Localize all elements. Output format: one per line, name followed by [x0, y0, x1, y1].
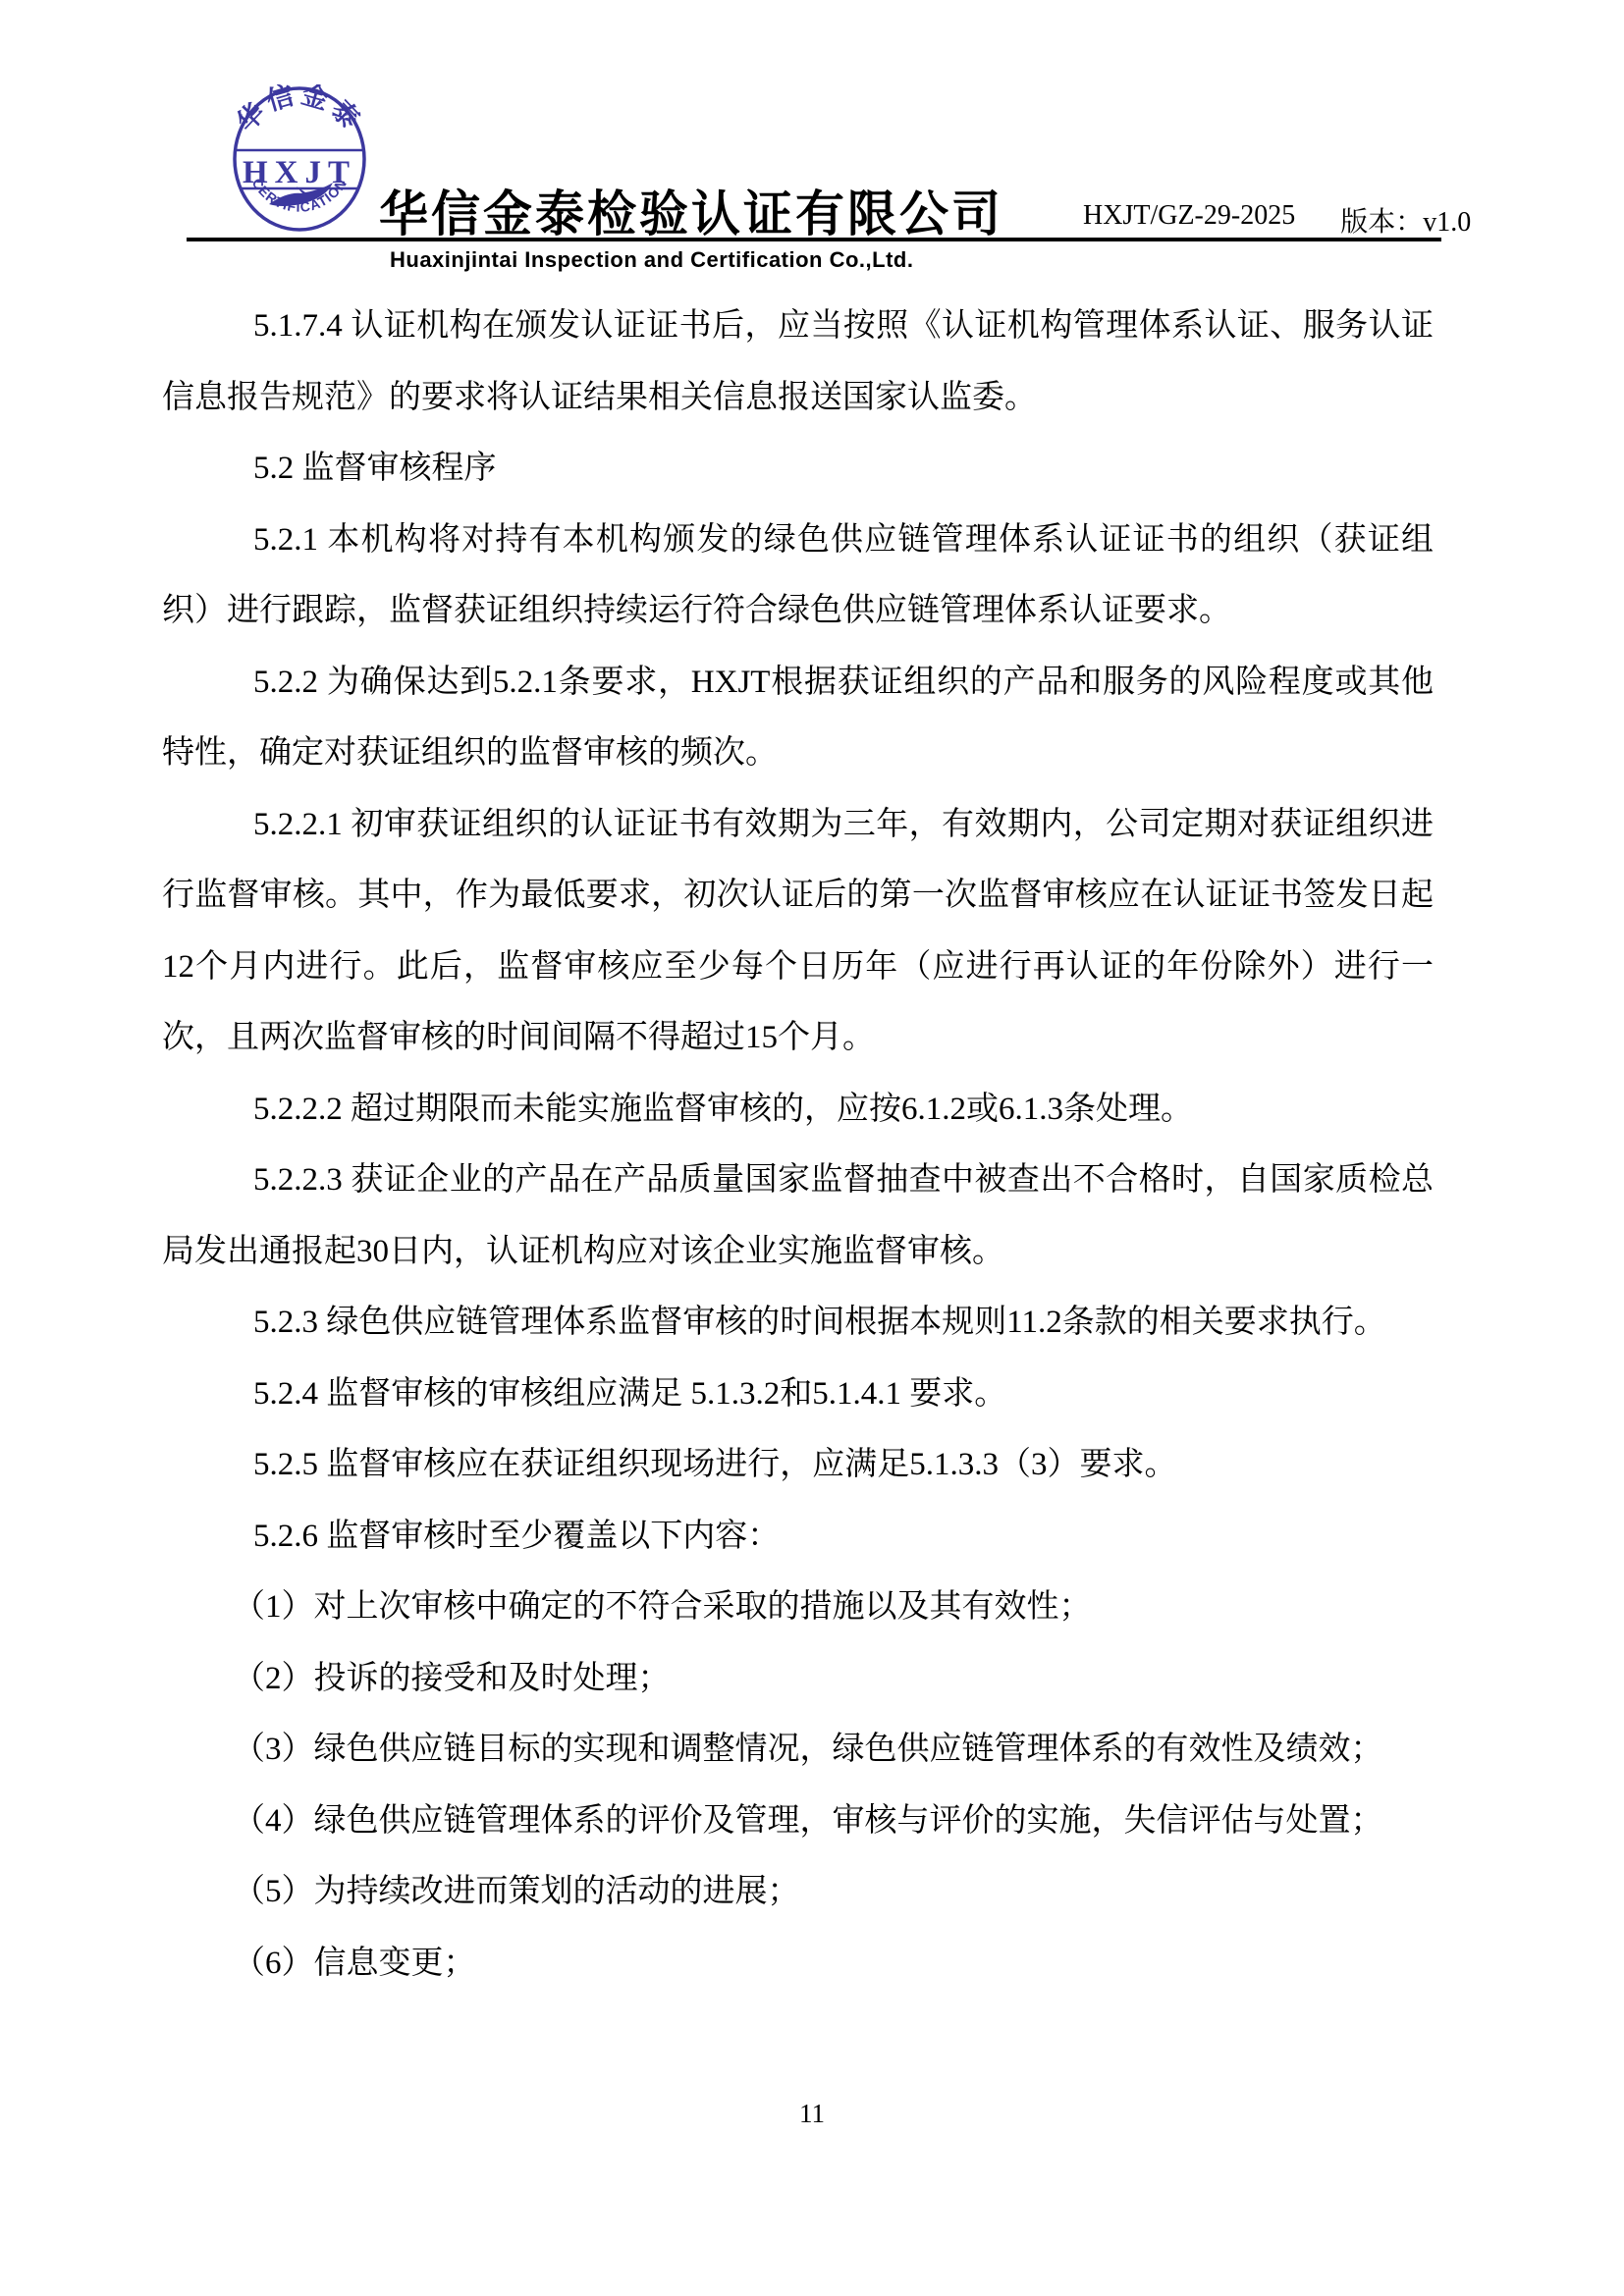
list-item: （2）投诉的接受和及时处理； [162, 1643, 1434, 1715]
paragraph: 5.2.6 监督审核时至少覆盖以下内容： [162, 1501, 1434, 1573]
paragraph: 5.2.2 为确保达到5.2.1条要求，HXJT根据获证组织的产品和服务的风险程… [162, 647, 1434, 789]
paragraph: 5.2.1 本机构将对持有本机构颁发的绿色供应链管理体系认证证书的组织（获证组织… [162, 505, 1434, 647]
version-label: 版本：v1.0 [1340, 200, 1471, 240]
document-number: HXJT/GZ-29-2025 [1083, 200, 1295, 240]
company-name-zh: 华信金泰检验认证有限公司 [379, 175, 1003, 245]
paragraph: 5.2 监督审核程序 [162, 433, 1434, 505]
document-page: 华信金泰 HXJT CERTIFICATION 华信金泰检验认证有限公司 HXJ… [0, 0, 1624, 2296]
paragraph: 5.2.2.3 获证企业的产品在产品质量国家监督抽查中被查出不合格时，自国家质检… [162, 1145, 1434, 1287]
document-body: 5.1.7.4 认证机构在颁发认证证书后，应当按照《认证机构管理体系认证、服务认… [162, 291, 1434, 1999]
header-divider [187, 238, 1441, 241]
list-item: （1）对上次审核中确定的不符合采取的措施以及其有效性； [162, 1572, 1434, 1643]
document-meta: HXJT/GZ-29-2025 版本：v1.0 [1083, 200, 1471, 240]
company-name-en: Huaxinjintai Inspection and Certificatio… [390, 247, 913, 273]
list-item: （4）绿色供应链管理体系的评价及管理，审核与评价的实施，失信评估与处置； [162, 1786, 1434, 1857]
paragraph: 5.2.4 监督审核的审核组应满足 5.1.3.2和5.1.4.1 要求。 [162, 1359, 1434, 1430]
company-logo: 华信金泰 HXJT CERTIFICATION [230, 84, 369, 234]
paragraph: 5.2.2.1 初审获证组织的认证证书有效期为三年，有效期内，公司定期对获证组织… [162, 789, 1434, 1074]
paragraph: 5.2.3 绿色供应链管理体系监督审核的时间根据本规则11.2条款的相关要求执行… [162, 1287, 1434, 1359]
logo-arc-text: 华信金泰 [231, 84, 368, 137]
page-number: 11 [0, 2099, 1624, 2129]
list-item: （3）绿色供应链目标的实现和调整情况，绿色供应链管理体系的有效性及绩效； [162, 1714, 1434, 1786]
paragraph: 5.1.7.4 认证机构在颁发认证证书后，应当按照《认证机构管理体系认证、服务认… [162, 291, 1434, 433]
paragraph: 5.2.2.2 超过期限而未能实施监督审核的，应按6.1.2或6.1.3条处理。 [162, 1074, 1434, 1146]
list-item: （5）为持续改进而策划的活动的进展； [162, 1856, 1434, 1928]
paragraph: 5.2.5 监督审核应在获证组织现场进行，应满足5.1.3.3（3）要求。 [162, 1429, 1434, 1501]
list-item: （6）信息变更； [162, 1928, 1434, 2000]
